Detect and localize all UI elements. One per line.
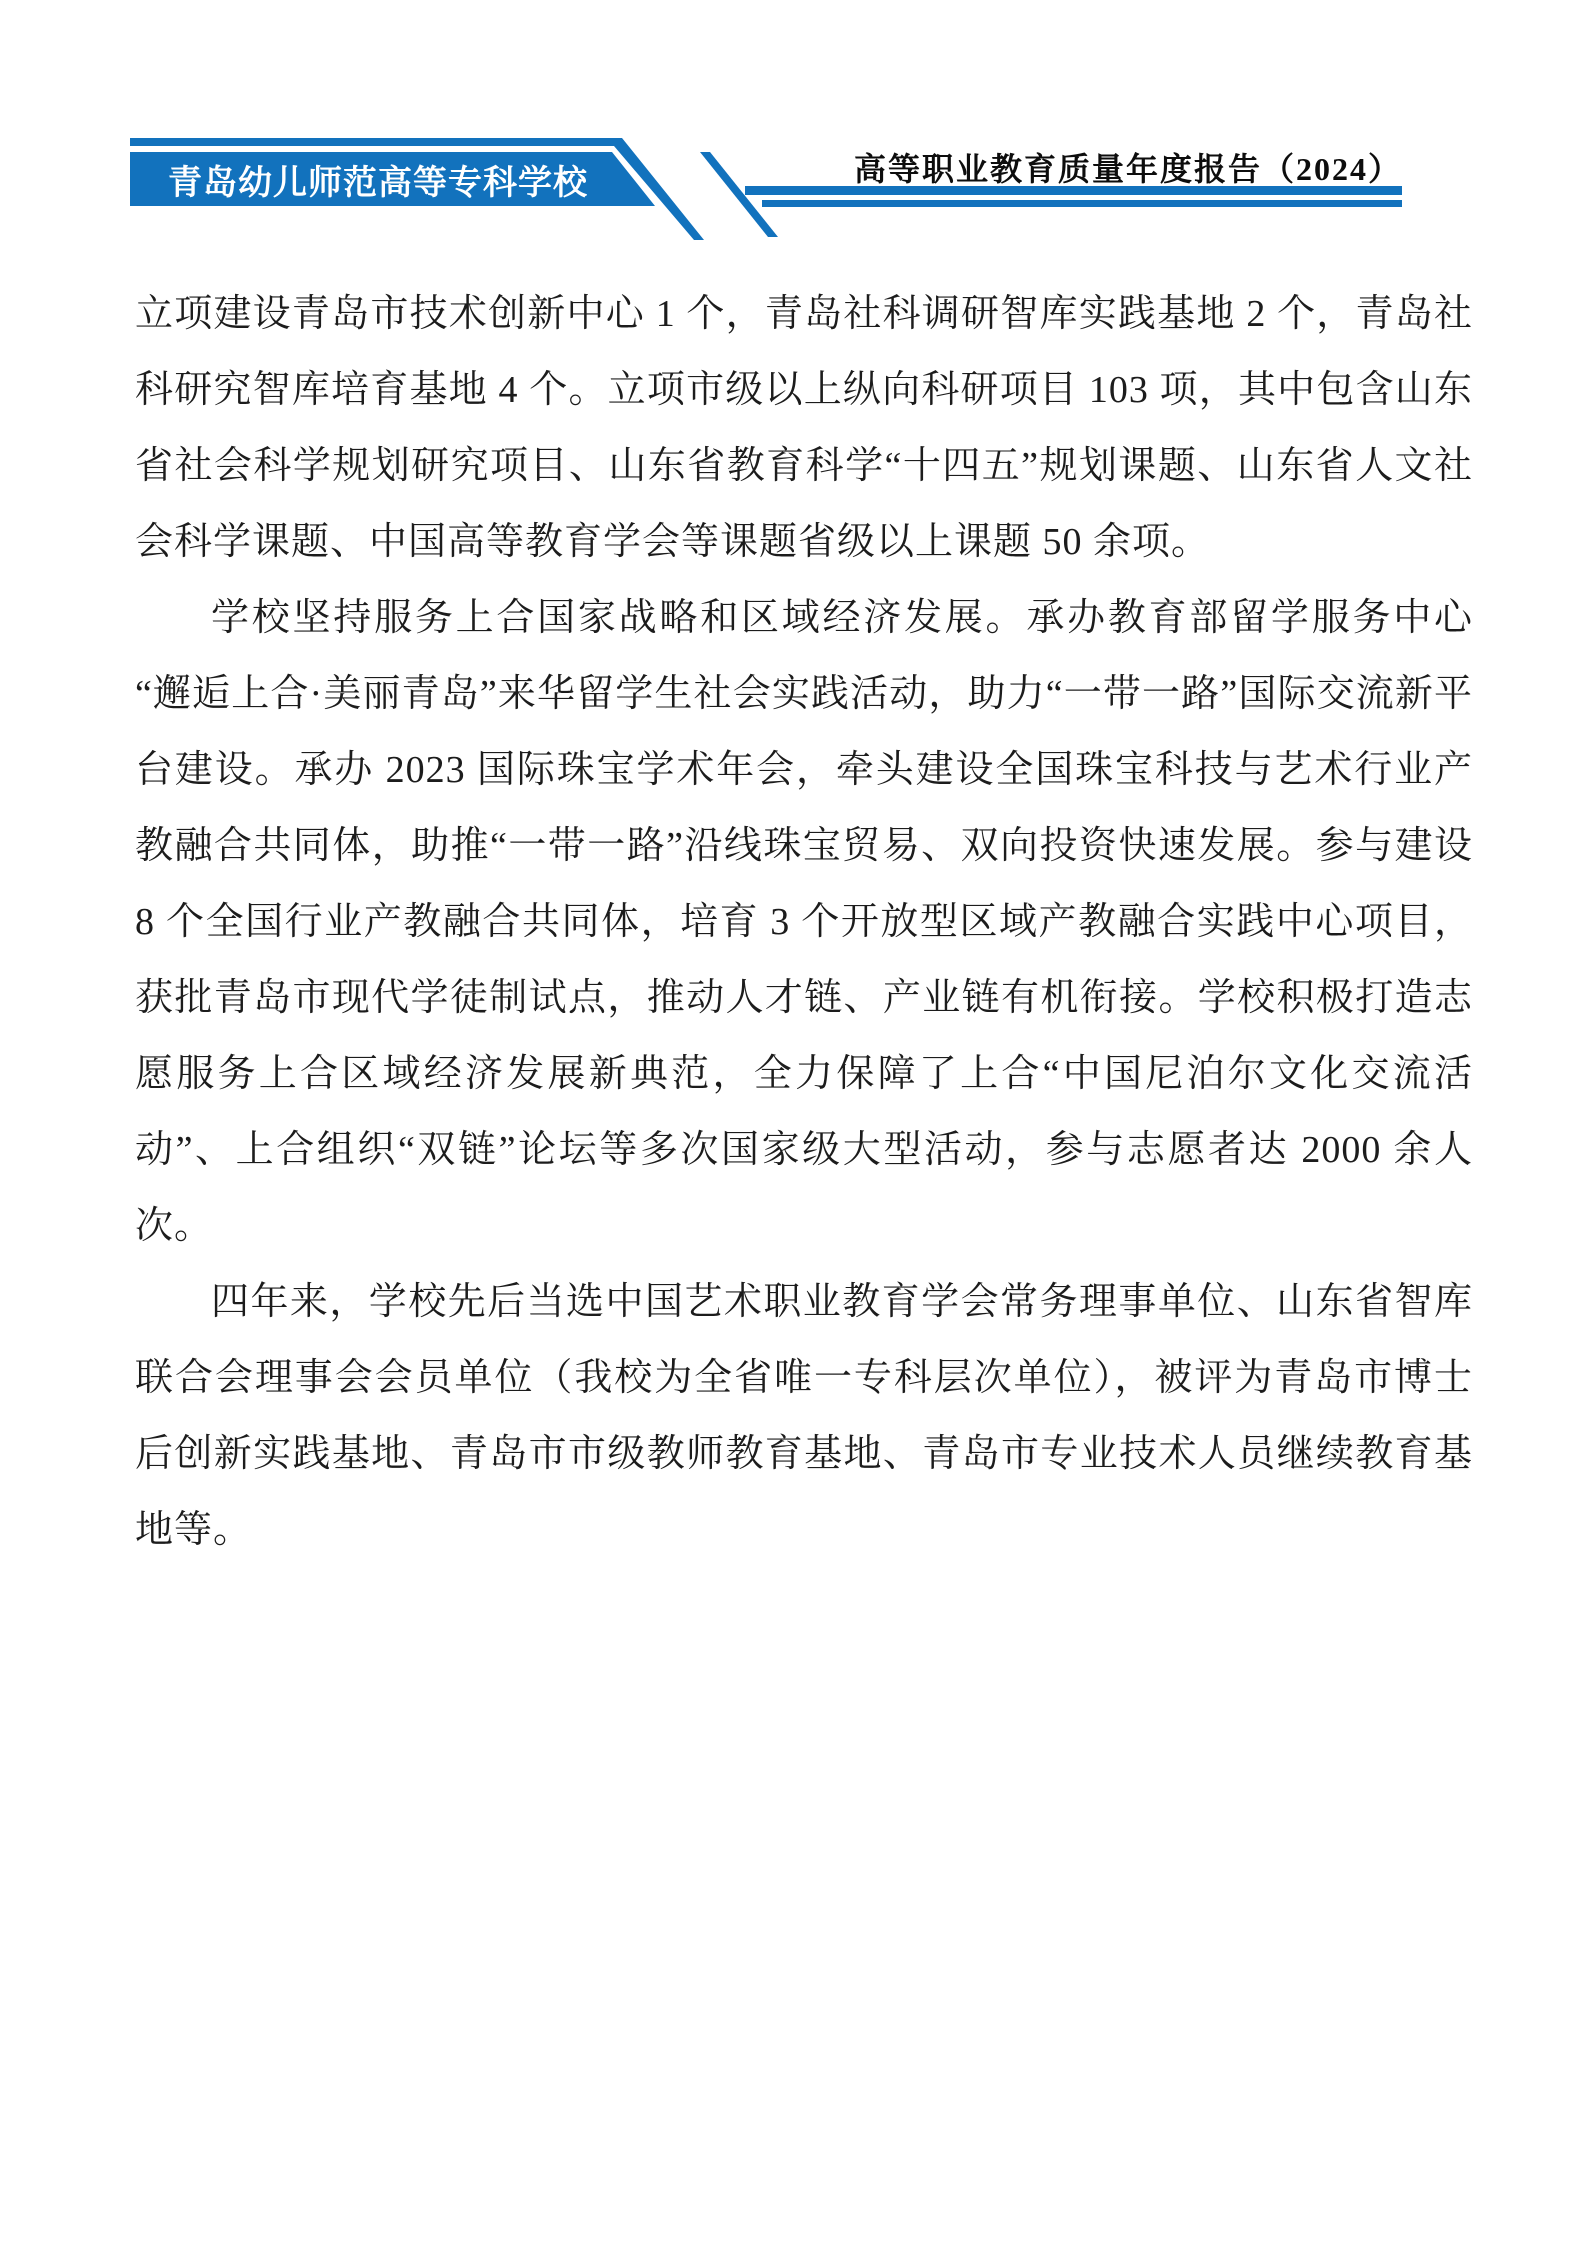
header-decoration	[0, 0, 1587, 260]
header-rule-thin	[762, 200, 1402, 207]
report-title: 高等职业教育质量年度报告（2024）	[854, 144, 1402, 190]
body-paragraph: 四年来，学校先后当选中国艺术职业教育学会常务理事单位、山东省智库联合会理事会会员…	[135, 1264, 1473, 1568]
body-text: 立项建设青岛市技术创新中心 1 个，青岛社科调研智库实践基地 2 个，青岛社科研…	[135, 276, 1473, 1568]
school-banner: 青岛幼儿师范高等专科学校	[130, 152, 600, 206]
body-paragraph: 学校坚持服务上合国家战略和区域经济发展。承办教育部留学服务中心“邂逅上合·美丽青…	[135, 580, 1473, 1264]
school-name: 青岛幼儿师范高等专科学校	[168, 155, 588, 204]
body-paragraph: 立项建设青岛市技术创新中心 1 个，青岛社科调研智库实践基地 2 个，青岛社科研…	[135, 276, 1473, 580]
document-page: 青岛幼儿师范高等专科学校 高等职业教育质量年度报告（2024） 立项建设青岛市技…	[0, 0, 1587, 2245]
